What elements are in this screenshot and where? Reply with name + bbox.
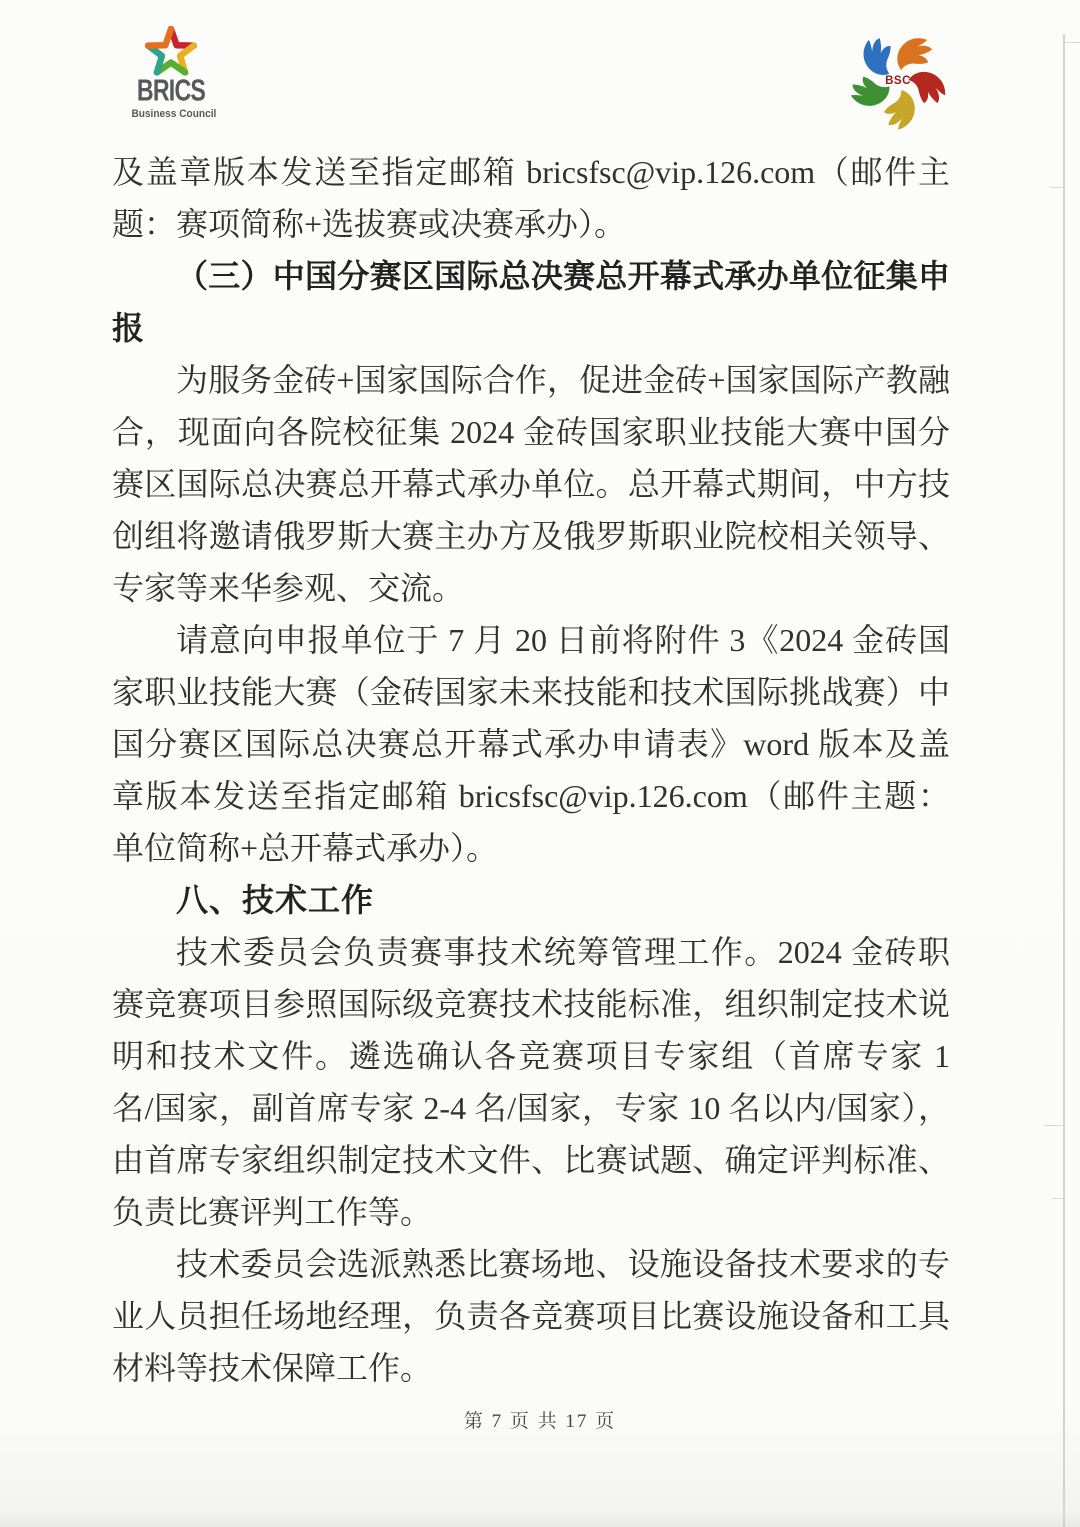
paragraph-opening-ceremony-intro: 为服务金砖+国家国际合作，促进金砖+国家国际产教融合，现面向各院校征集 2024… bbox=[112, 354, 950, 614]
document-page: BRICS Business Council bbox=[0, 0, 1080, 1527]
scan-tick-mark bbox=[1052, 1198, 1064, 1199]
scan-tick-mark bbox=[1063, 42, 1080, 43]
bsc-pinwheel-icon: BSC bbox=[842, 30, 954, 130]
section-heading-3: （三）中国分赛区国际总决赛总开幕式承办单位征集申报 bbox=[112, 250, 950, 354]
paragraph-application-instructions: 请意向申报单位于 7 月 20 日前将附件 3《2024 金砖国家职业技能大赛（… bbox=[112, 614, 950, 874]
brics-logo-subtitle: Business Council bbox=[131, 108, 210, 120]
scan-tick-mark bbox=[1050, 187, 1064, 188]
paragraph-venue-managers: 技术委员会选派熟悉比赛场地、设施设备技术要求的专业人员担任场地经理，负责各竞赛项… bbox=[112, 1238, 950, 1394]
brics-star-icon bbox=[145, 26, 197, 76]
bsc-logo: BSC bbox=[842, 30, 954, 130]
scan-tick-mark bbox=[1044, 1125, 1064, 1126]
scan-edge-line bbox=[1063, 34, 1065, 1527]
page-number: 第 7 页 共 17 页 bbox=[0, 1406, 1080, 1433]
brics-logo: BRICS Business Council bbox=[128, 26, 214, 120]
paragraph-email-continuation: 及盖章版本发送至指定邮箱 bricsfsc@vip.126.com（邮件主题：赛… bbox=[112, 146, 950, 250]
section-heading-8-technical-work: 八、技术工作 bbox=[112, 874, 950, 926]
brics-logo-title: BRICS bbox=[137, 76, 206, 106]
bsc-logo-label: BSC bbox=[885, 75, 911, 87]
paragraph-technical-committee: 技术委员会负责赛事技术统筹管理工作。2024 金砖职赛竞赛项目参照国际级竞赛技术… bbox=[112, 926, 950, 1238]
document-body: 及盖章版本发送至指定邮箱 bricsfsc@vip.126.com（邮件主题：赛… bbox=[112, 146, 950, 1394]
